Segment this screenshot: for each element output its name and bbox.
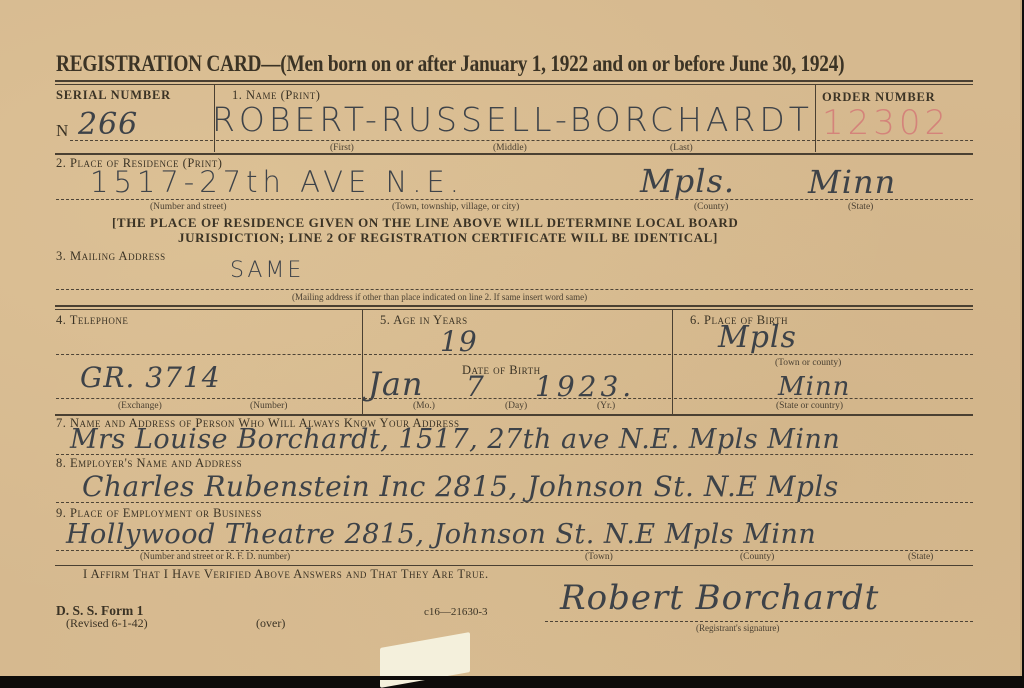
- caption-exchange: (Exchange): [118, 401, 162, 411]
- caption-emp-town: (Town): [585, 552, 613, 562]
- caption-last: (Last): [670, 143, 693, 153]
- residence-state-value: Minn: [808, 163, 896, 201]
- dob-underline: [364, 398, 671, 399]
- caption-emp-county: (County): [740, 552, 774, 562]
- caption-month: (Mo.): [413, 401, 435, 411]
- form-revised: (Revised 6-1-42): [66, 616, 148, 631]
- serial-number-value: 266: [78, 107, 138, 142]
- telephone-label: 4. Telephone: [56, 313, 128, 328]
- caption-state: (State): [848, 202, 873, 212]
- caption-birth-state: (State or country): [776, 401, 843, 411]
- birth-town-value: Mpls: [718, 320, 797, 355]
- contact-underline: [56, 454, 973, 455]
- telephone-upper-line: [56, 354, 361, 355]
- birth-state-underline: [674, 398, 973, 399]
- divider: [815, 85, 816, 152]
- employer-label: 8. Employer's Name and Address: [56, 456, 242, 471]
- name-value: ROBERT-RUSSELL-BORCHARDT: [212, 100, 813, 139]
- mailing-caption: (Mailing address if other than place ind…: [292, 292, 587, 302]
- residence-underline: [56, 199, 973, 200]
- divider: [55, 84, 973, 85]
- caption-emp-state: (State): [908, 552, 933, 562]
- caption-number: (Number): [250, 401, 287, 411]
- age-underline: [364, 354, 671, 355]
- tape-scrap: [380, 632, 470, 680]
- employer-value: Charles Rubenstein Inc 2815, Johnson St.…: [82, 470, 839, 503]
- signature-underline: [545, 621, 973, 622]
- caption-county: (County): [694, 202, 728, 212]
- caption-first: (First): [330, 143, 354, 153]
- caption-day: (Day): [505, 401, 527, 411]
- employer-underline: [56, 502, 973, 503]
- caption-middle: (Middle): [493, 143, 527, 153]
- print-code: c16—21630-3: [424, 606, 488, 618]
- serial-number-label: SERIAL NUMBER: [56, 88, 171, 103]
- residence-county-value: Mpls.: [640, 162, 735, 200]
- residence-street-value: 1517-27th AVE N.E.: [90, 165, 464, 199]
- divider: [55, 305, 973, 307]
- telephone-value: GR. 3714: [80, 361, 221, 394]
- caption-birth-town: (Town or county): [775, 358, 841, 368]
- over-note: (over): [256, 616, 285, 631]
- mailing-address-value: SAME: [230, 258, 304, 283]
- serial-underline: [70, 140, 213, 141]
- signature-caption: (Registrant's signature): [696, 623, 779, 633]
- divider: [55, 309, 973, 310]
- mailing-underline: [56, 289, 973, 290]
- residence-notice-line2: JURISDICTION; LINE 2 OF REGISTRATION CER…: [178, 230, 718, 245]
- order-number-value: 12302: [822, 103, 950, 143]
- mailing-address-label: 3. Mailing Address: [56, 249, 166, 264]
- residence-notice-line1: [THE PLACE OF RESIDENCE GIVEN ON THE LIN…: [112, 215, 738, 230]
- birth-town-underline: [674, 354, 973, 355]
- card-title: REGISTRATION CARD—(Men born on or after …: [56, 51, 844, 77]
- divider: [55, 80, 973, 82]
- employment-underline: [56, 550, 973, 551]
- affirmation-text: I Affirm That I Have Verified Above Answ…: [83, 567, 489, 582]
- employment-place-value: Hollywood Theatre 2815, Johnson St. N.E …: [66, 519, 816, 550]
- scan-border: [0, 676, 1024, 680]
- contact-person-value: Mrs Louise Borchardt, 1517, 27th ave N.E…: [70, 424, 840, 455]
- caption-emp-street: (Number and street or R. F. D. number): [140, 552, 290, 562]
- caption-town: (Town, township, village, or city): [392, 202, 519, 212]
- order-underline: [817, 140, 973, 141]
- divider: [55, 153, 973, 155]
- name-underline: [216, 140, 815, 141]
- telephone-underline: [56, 398, 361, 399]
- registration-card: REGISTRATION CARD—(Men born on or after …: [0, 0, 1022, 676]
- signature-value: Robert Borchardt: [560, 578, 879, 618]
- serial-prefix: N: [56, 121, 68, 141]
- caption-year: (Yr.): [597, 401, 615, 411]
- caption-street: (Number and street): [150, 202, 227, 212]
